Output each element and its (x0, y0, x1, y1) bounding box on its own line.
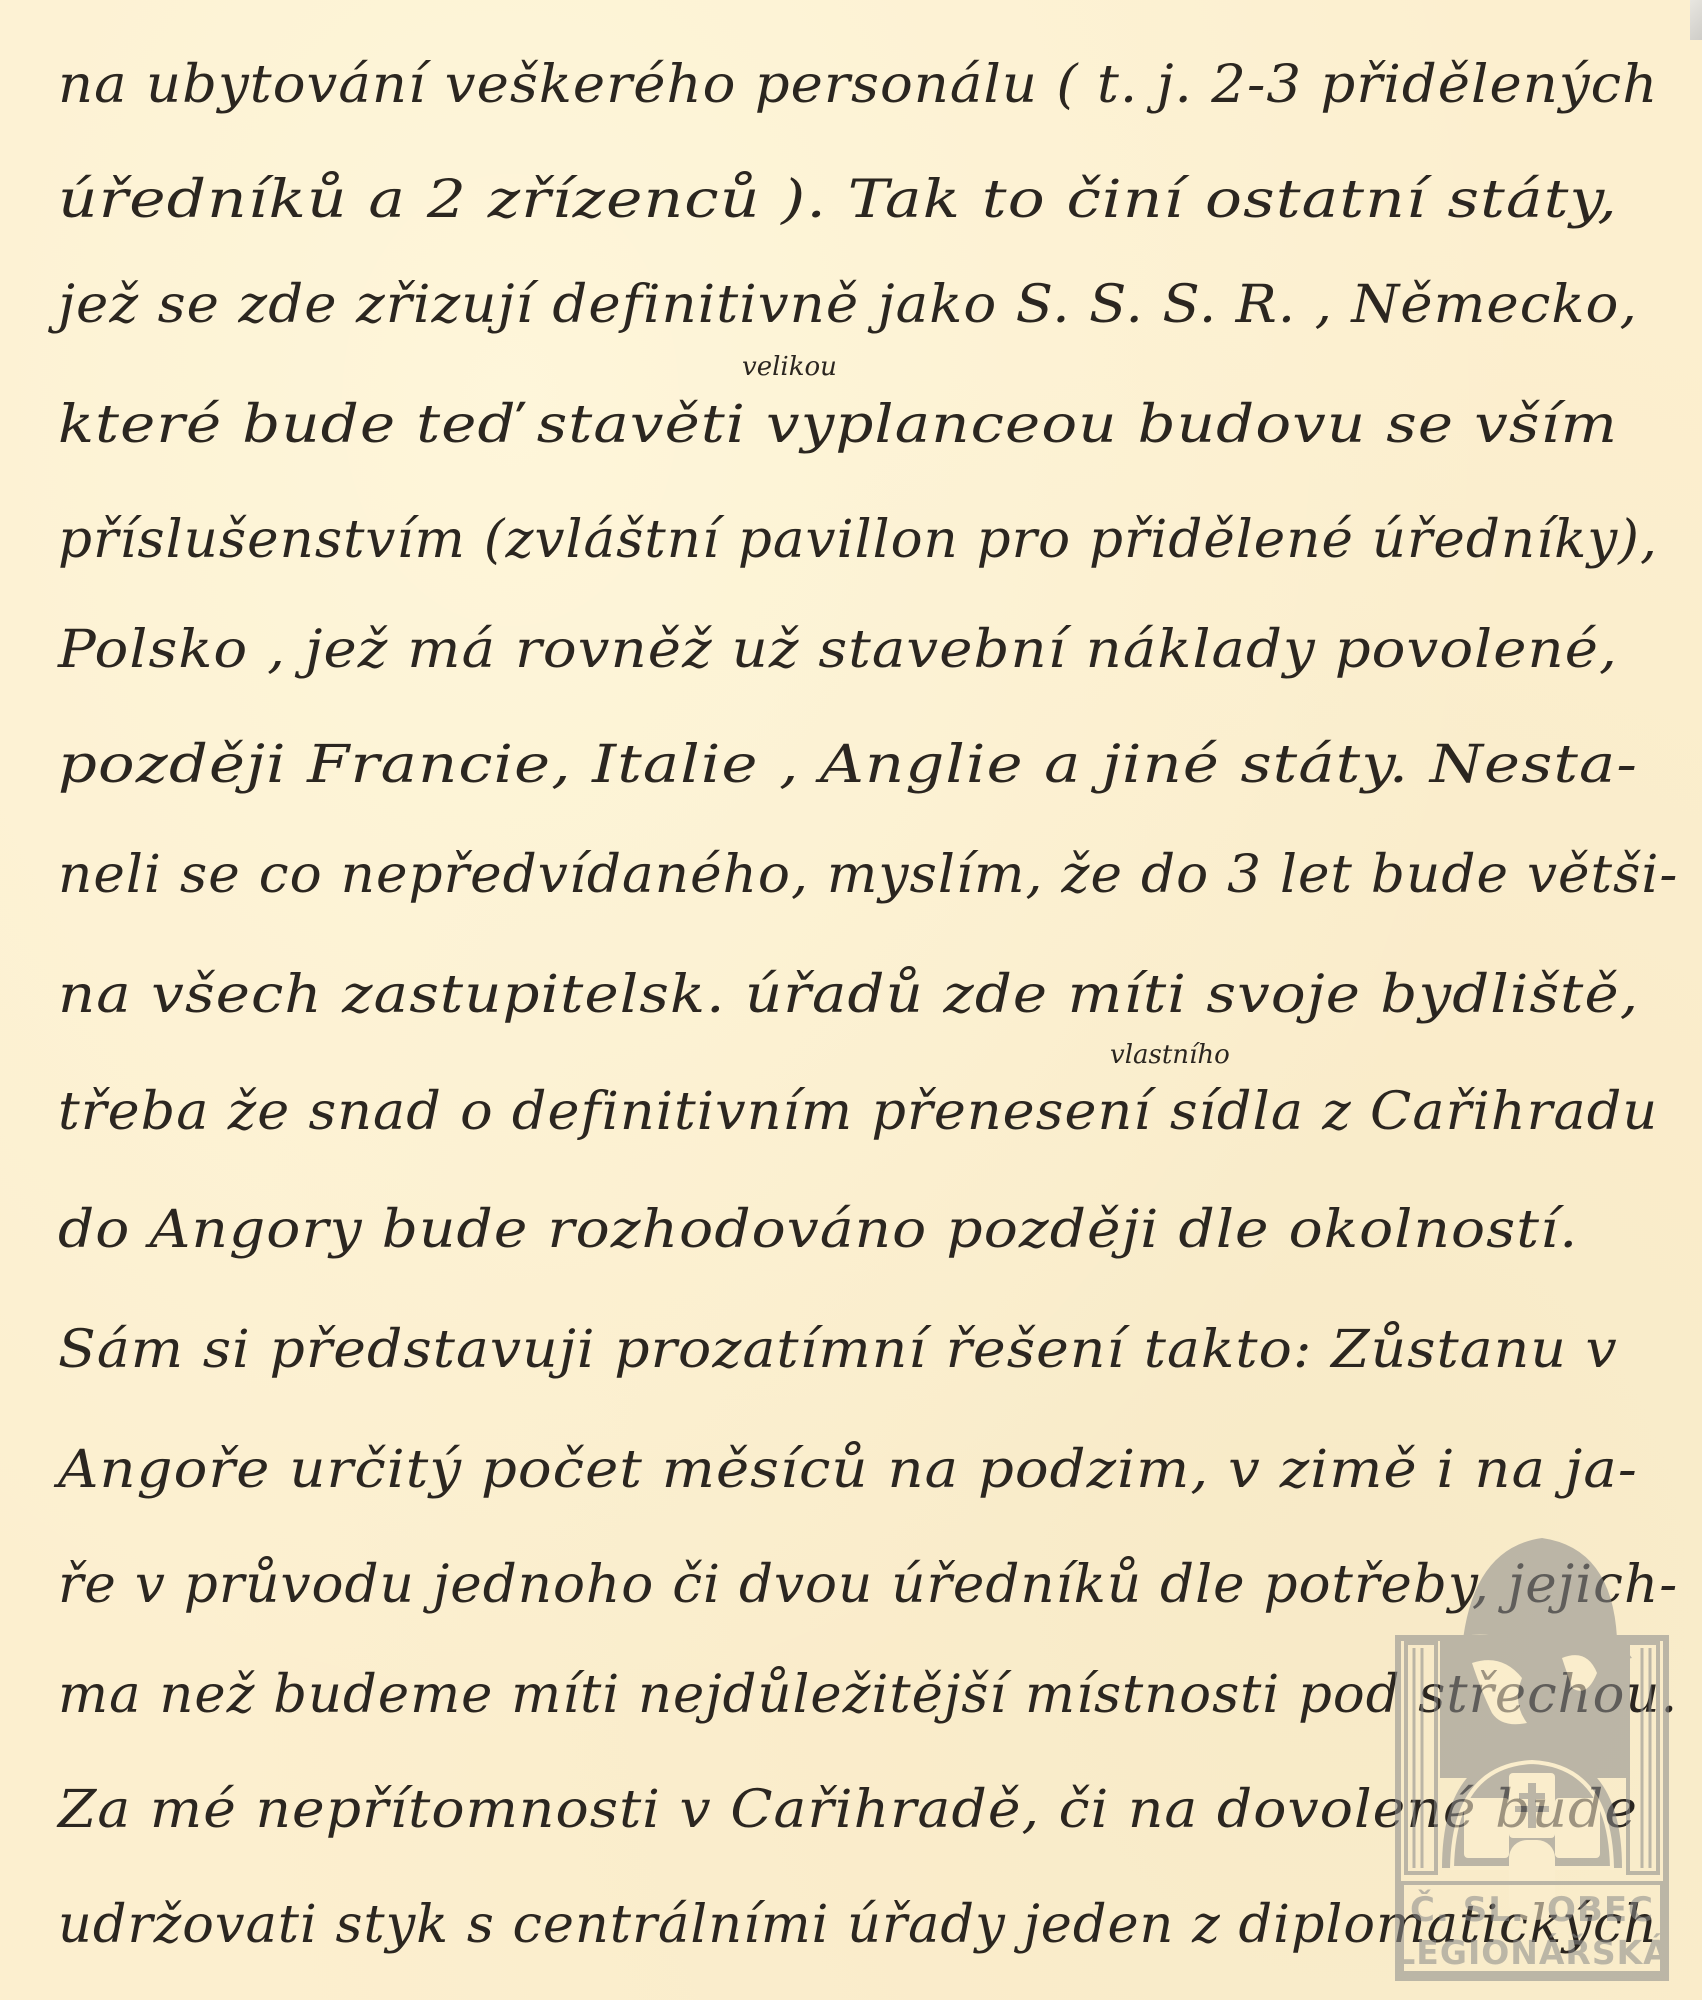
letter-line-2: úředníků a 2 zřízenců ). Tak to činí ost… (58, 170, 1618, 230)
stamp-text-obec: OBEC (1547, 1890, 1672, 1930)
insertion-velikou: velikou (742, 352, 837, 382)
page-corner (1690, 0, 1702, 40)
letter-line-4: které bude teď stavěti vyplanceou budovu… (58, 395, 1618, 455)
letter-line-1: na ubytování veškerého personálu ( t. j.… (58, 55, 1658, 115)
letter-line-3: jež se zde zřizují definitivně jako S. S… (58, 275, 1638, 335)
letter-line-13: Angoře určitý počet měsíců na podzim, v … (58, 1440, 1638, 1500)
letter-line-12: Sám si představuji prozatímní řešení tak… (58, 1320, 1618, 1380)
insertion-vlastniho: vlastního (1110, 1040, 1230, 1070)
letter-line-10: třeba že snad o definitivním přenesení s… (58, 1082, 1658, 1142)
letter-line-11: do Angory bude rozhodováno později dle o… (58, 1200, 1578, 1260)
letter-line-9: na všech zastupitelsk. úřadů zde míti sv… (58, 965, 1639, 1025)
document-page: na ubytování veškerého personálu ( t. j.… (0, 0, 1702, 2000)
stamp-text-legionarska: LEGIONÁŘSKÁ (1392, 1933, 1672, 1972)
letter-line-6: Polsko , jež má rovněž už stavební nákla… (58, 620, 1618, 680)
letter-line-7: později Francie, Italie , Anglie a jiné … (58, 735, 1638, 795)
letter-line-5: příslušenstvím (zvláštní pavillon pro př… (58, 510, 1658, 570)
legion-watermark-stamp: Č. SL. OBEC LEGIONÁŘSKÁ (1392, 1528, 1672, 1983)
letter-line-8: neli se co nepředvídaného, myslím, že do… (58, 845, 1678, 905)
